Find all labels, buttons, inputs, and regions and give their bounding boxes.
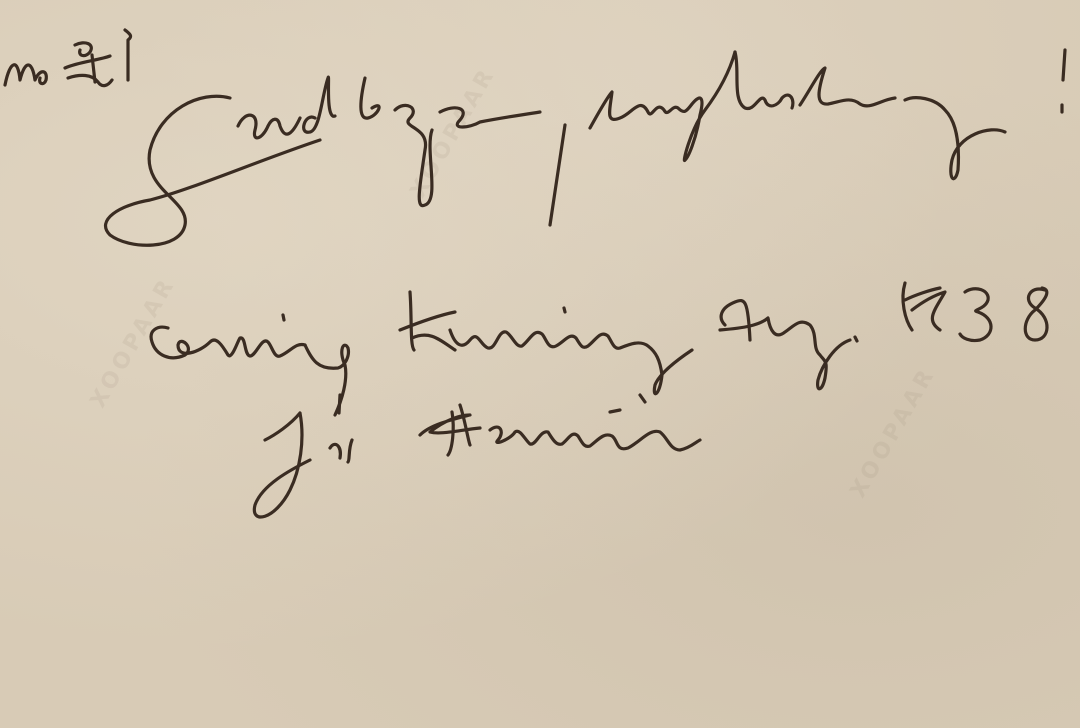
watermark: XOOPAAR (846, 363, 941, 503)
handwritten-note: XOOPAAR XOOPAAR XOOPAAR (0, 0, 1080, 728)
watermark: XOOPAAR (406, 63, 501, 203)
watermark: XOOPAAR (86, 273, 181, 413)
